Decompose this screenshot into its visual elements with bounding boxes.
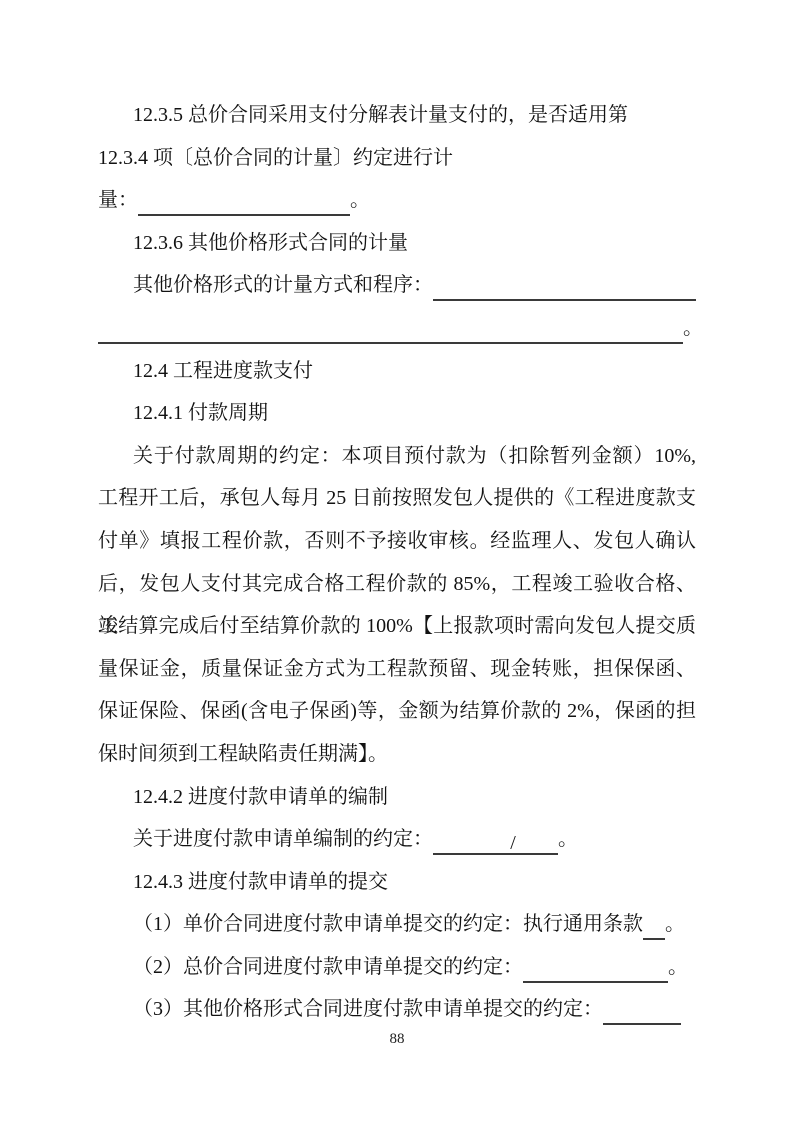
fill-in-blank — [98, 322, 683, 344]
document-line: 12.4.2 进度付款申请单的编制 — [98, 776, 696, 819]
document-line: 12.3.6 其他价格形式合同的计量 — [98, 222, 696, 265]
document-line: 后，发包人支付其完成合格工程价款的 85%，工程竣工验收合格、竣 — [98, 563, 696, 606]
fill-in-blank — [433, 279, 696, 301]
document-line: 12.4.3 进度付款申请单的提交 — [98, 861, 696, 904]
document-page: 12.3.5 总价合同采用支付分解表计量支付的，是否适用第12.3.4 项〔总价… — [0, 0, 794, 1122]
text-run: （2）总价合同进度付款申请单提交的约定： — [133, 956, 523, 978]
document-line: 12.3.4 项〔总价合同的计量〕约定进行计 — [98, 137, 696, 180]
fill-in-blank — [643, 918, 665, 940]
text-run: 保证保险、保函(含电子保函)等，金额为结算价款的 2%，保函的担 — [98, 700, 696, 722]
text-run: （3）其他价格形式合同进度付款申请单提交的约定： — [133, 998, 603, 1020]
text-run: 12.4.1 付款周期 — [133, 402, 268, 424]
text-run: 工程开工后，承包人每月 25 日前按照发包人提供的《工程进度款支 — [98, 487, 696, 509]
text-run: 12.4.3 进度付款申请单的提交 — [133, 871, 388, 893]
document-line: 工结算完成后付至结算价款的 100%【上报款项时需向发包人提交质 — [98, 605, 696, 648]
page-footer: 88 — [0, 1031, 794, 1048]
document-line: 12.4.1 付款周期 — [98, 392, 696, 435]
text-run: 12.3.4 项〔总价合同的计量〕约定进行计 — [98, 147, 453, 169]
text-run: 关于进度付款申请单编制的约定： — [133, 828, 433, 850]
text-run: 保时间须到工程缺陷责任期满】。 — [98, 743, 388, 765]
text-run: 12.3.5 总价合同采用支付分解表计量支付的，是否适用第 — [133, 104, 628, 126]
text-run: 量保证金，质量保证金方式为工程款预留、现金转账，担保保函、 — [98, 658, 696, 680]
text-run: 。 — [350, 189, 370, 211]
fill-in-blank: / — [433, 833, 558, 855]
text-run: 。 — [668, 956, 688, 978]
document-line: （2）总价合同进度付款申请单提交的约定： 。 — [98, 946, 696, 989]
document-line: 保证保险、保函(含电子保函)等，金额为结算价款的 2%，保函的担 — [98, 690, 696, 733]
text-run: 。 — [665, 913, 685, 935]
text-run: 。 — [558, 828, 578, 850]
text-run: 12.3.6 其他价格形式合同的计量 — [133, 232, 408, 254]
document-body: 12.3.5 总价合同采用支付分解表计量支付的，是否适用第12.3.4 项〔总价… — [98, 94, 696, 1031]
document-line: 付单》填报工程价款，否则不予接收审核。经监理人、发包人确认 — [98, 520, 696, 563]
text-run: 付单》填报工程价款，否则不予接收审核。经监理人、发包人确认 — [98, 530, 696, 552]
text-run: 12.4 工程进度款支付 — [133, 360, 313, 382]
document-line: 关于进度付款申请单编制的约定：/。 — [98, 818, 696, 861]
document-line: 其他价格形式的计量方式和程序： — [98, 264, 696, 307]
document-line: 。 — [98, 307, 696, 350]
document-line: 12.3.5 总价合同采用支付分解表计量支付的，是否适用第 — [98, 94, 696, 137]
document-line: 工程开工后，承包人每月 25 日前按照发包人提供的《工程进度款支 — [98, 477, 696, 520]
page-number: 88 — [390, 1031, 405, 1047]
document-line: 量保证金，质量保证金方式为工程款预留、现金转账，担保保函、 — [98, 648, 696, 691]
document-line: （3）其他价格形式合同进度付款申请单提交的约定： — [98, 988, 696, 1031]
document-line: （1）单价合同进度付款申请单提交的约定：执行通用条款 。 — [98, 903, 696, 946]
fill-in-blank — [603, 1003, 681, 1025]
document-line: 关于付款周期的约定：本项目预付款为（扣除暂列金额）10%, — [98, 435, 696, 478]
document-line: 量： 。 — [98, 179, 696, 222]
document-line: 保时间须到工程缺陷责任期满】。 — [98, 733, 696, 776]
text-run: 12.4.2 进度付款申请单的编制 — [133, 786, 388, 808]
fill-in-blank — [523, 961, 668, 983]
text-run: 其他价格形式的计量方式和程序： — [133, 274, 433, 296]
text-run: 工结算完成后付至结算价款的 100%【上报款项时需向发包人提交质 — [98, 615, 696, 637]
text-run: （1）单价合同进度付款申请单提交的约定：执行通用条款 — [133, 913, 643, 935]
document-line: 12.4 工程进度款支付 — [98, 350, 696, 393]
text-run: 关于付款周期的约定：本项目预付款为（扣除暂列金额）10%, — [133, 445, 696, 467]
text-run: 量： — [98, 189, 138, 211]
fill-in-blank — [138, 194, 350, 216]
text-run: 。 — [683, 317, 703, 339]
